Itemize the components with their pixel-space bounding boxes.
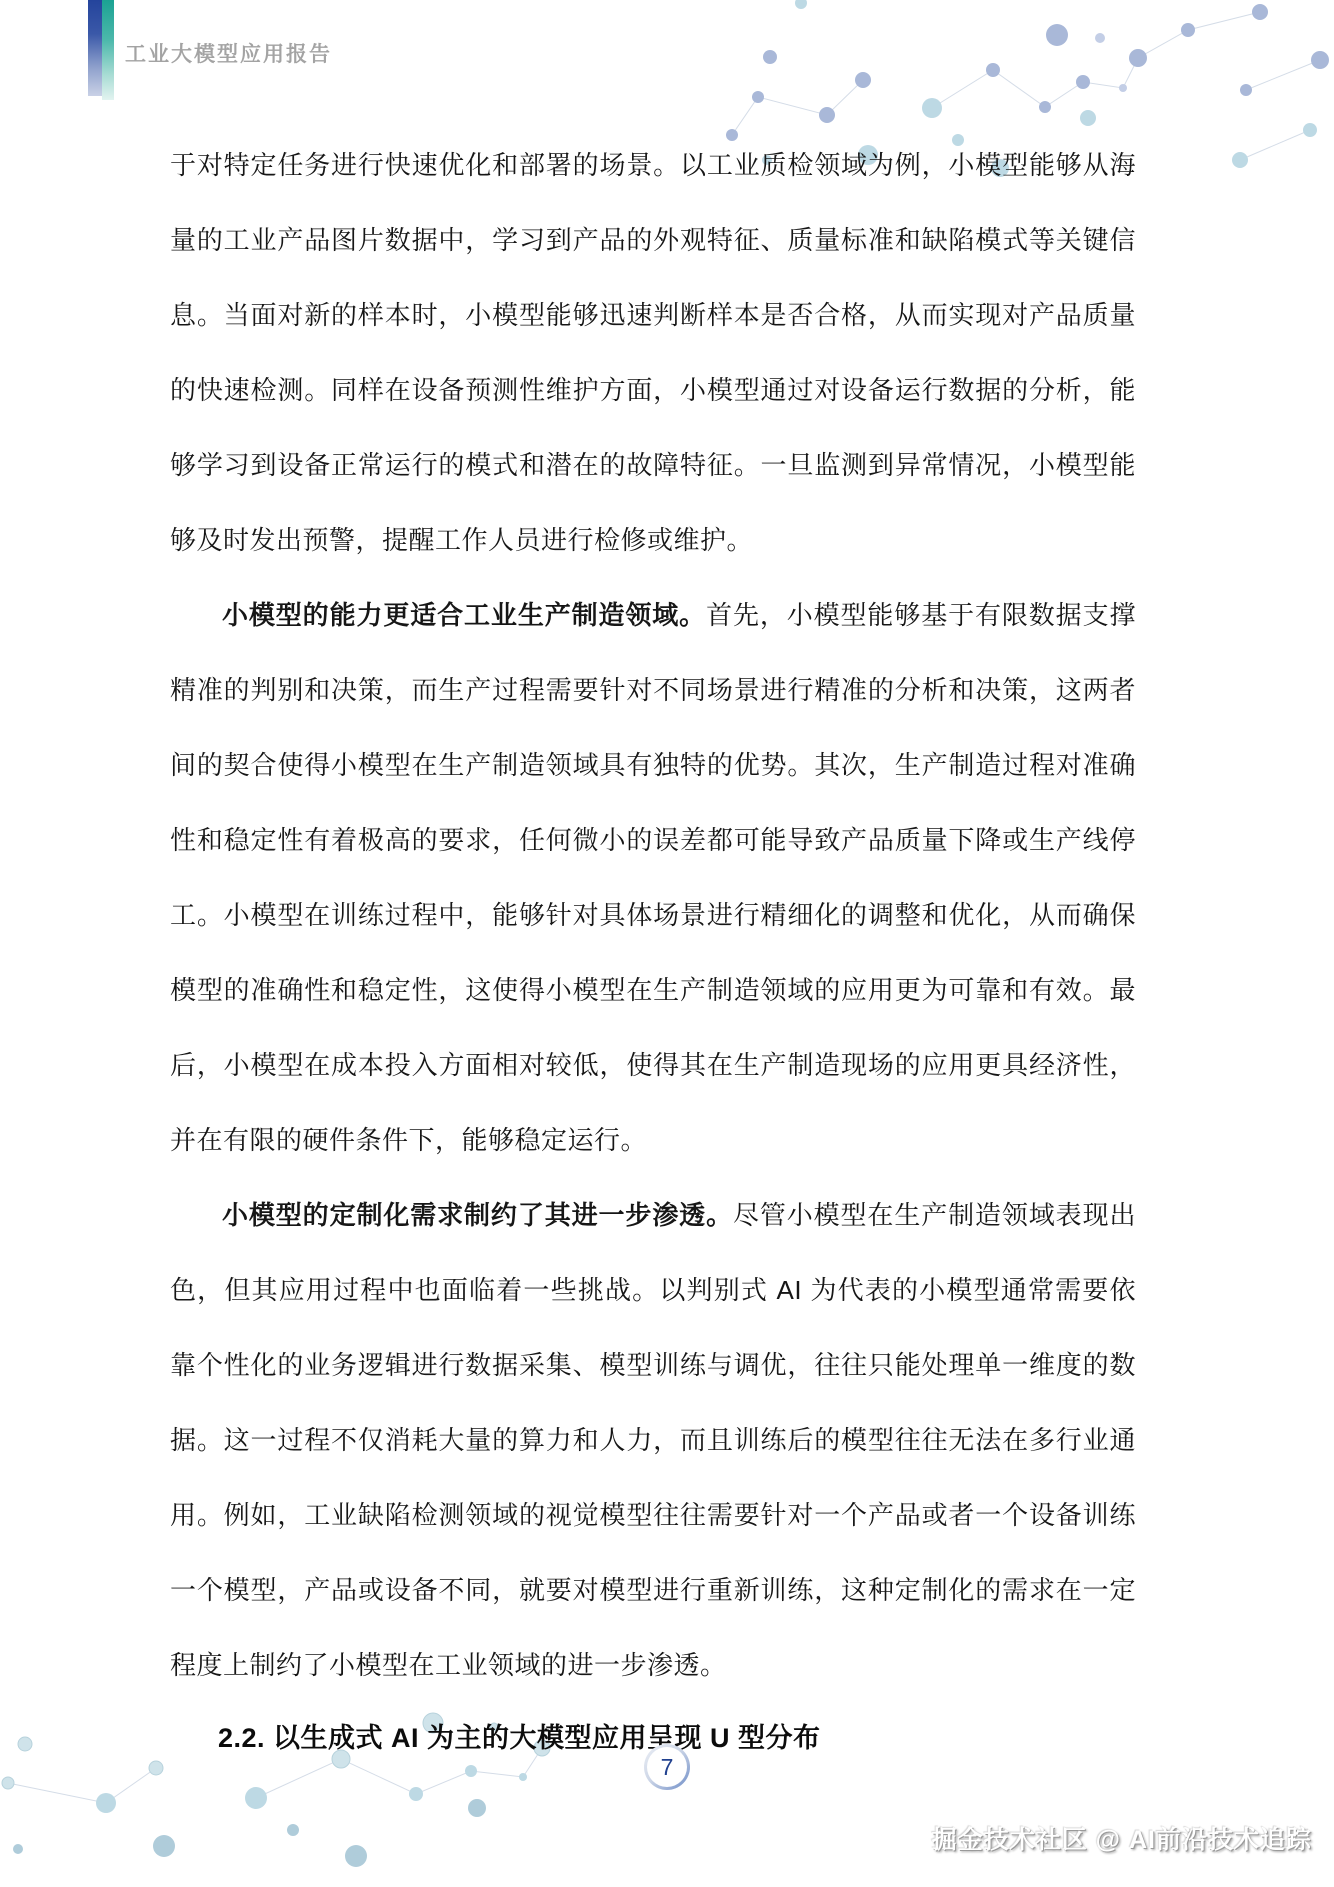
paragraph-text: 于对特定任务进行快速优化和部署的场景。以工业质检领域为例，小模型能够从海量的工业… xyxy=(170,150,1136,555)
accent-bar-teal xyxy=(102,0,114,100)
page-number: 7 xyxy=(647,1747,687,1787)
document-body: 于对特定任务进行快速优化和部署的场景。以工业质检领域为例，小模型能够从海量的工业… xyxy=(170,128,1136,1773)
page-number-badge: 7 xyxy=(644,1744,690,1790)
watermark-text: 掘金技术社区 @ AI前沿技术追踪 xyxy=(932,1820,1312,1856)
paragraph-lead-bold: 小模型的能力更适合工业生产制造领域。 xyxy=(222,600,706,630)
paragraph-text: 首先，小模型能够基于有限数据支撑精准的判别和决策，而生产过程需要针对不同场景进行… xyxy=(170,600,1136,1155)
paragraph-small-model-quality-inspection: 于对特定任务进行快速优化和部署的场景。以工业质检领域为例，小模型能够从海量的工业… xyxy=(170,128,1136,578)
paragraph-lead-bold: 小模型的定制化需求制约了其进一步渗透。 xyxy=(222,1200,733,1230)
report-page: { "header": { "title": "工业大模型应用报告" }, "b… xyxy=(0,0,1334,1887)
accent-bar-blue xyxy=(88,0,102,96)
paragraph-customization-constraint: 小模型的定制化需求制约了其进一步渗透。尽管小模型在生产制造领域表现出色，但其应用… xyxy=(170,1178,1136,1703)
paragraph-small-model-fit-manufacturing: 小模型的能力更适合工业生产制造领域。首先，小模型能够基于有限数据支撑精准的判别和… xyxy=(170,578,1136,1178)
report-title: 工业大模型应用报告 xyxy=(125,38,332,68)
paragraph-text: 尽管小模型在生产制造领域表现出色，但其应用过程中也面临着一些挑战。以判别式 AI… xyxy=(170,1200,1136,1680)
